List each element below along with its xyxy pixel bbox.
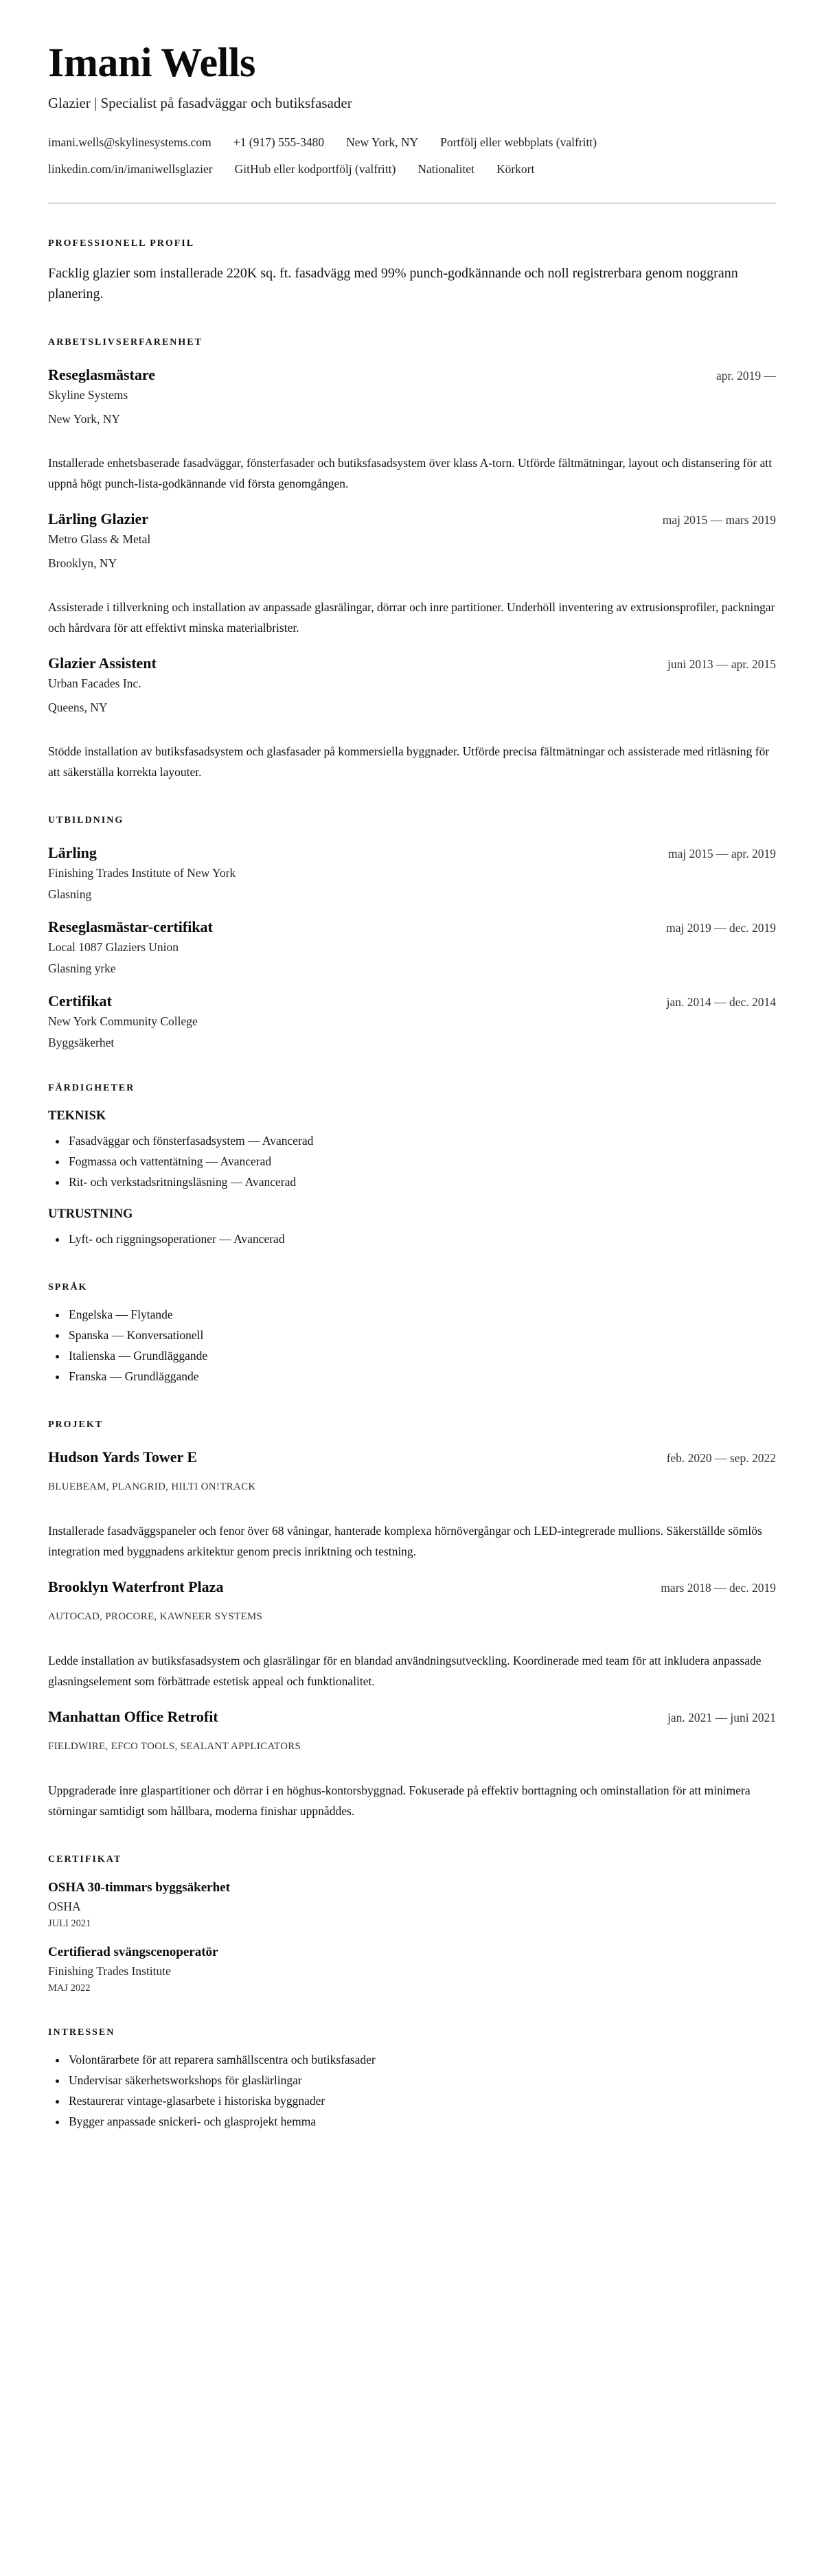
language-item: Engelska — Flytande <box>67 1304 776 1325</box>
contact-linkedin[interactable]: linkedin.com/in/imaniwellsglazier <box>48 162 213 176</box>
job-title: Lärling Glazier <box>48 510 148 528</box>
certificate-entry: OSHA 30-timmars byggsäkerhet OSHA Juli 2… <box>48 1880 776 1930</box>
language-item: Spanska — Konversationell <box>67 1325 776 1345</box>
job-company: Skyline Systems <box>48 388 776 402</box>
interest-item: Bygger anpassade snickeri- och glasproje… <box>67 2111 776 2132</box>
profile-summary: Facklig glazier som installerade 220K sq… <box>48 263 776 304</box>
skill-item: Lyft- och riggningsoperationer — Avancer… <box>67 1229 776 1249</box>
candidate-headline: Glazier | Specialist på fasadväggar och … <box>48 95 776 112</box>
project-entry: Manhattan Office Retrofit jan. 2021 — ju… <box>48 1708 776 1821</box>
contact-phone[interactable]: +1 (917) 555-3480 <box>233 135 324 150</box>
education-entry: Lärling maj 2015 — apr. 2019 Finishing T… <box>48 844 776 902</box>
interest-item: Restaurerar vintage-glasarbete i histori… <box>67 2090 776 2111</box>
section-education: Utbildning Lärling maj 2015 — apr. 2019 … <box>48 815 776 1050</box>
skill-item: Fasadväggar och fönsterfasadsystem — Ava… <box>67 1130 776 1151</box>
project-description: Uppgraderade inre glaspartitioner och dö… <box>48 1780 776 1821</box>
contact-github[interactable]: GitHub eller kodportfölj (valfritt) <box>235 162 396 176</box>
education-dates: jan. 2014 — dec. 2014 <box>667 995 776 1010</box>
skill-group-title: Teknisk <box>48 1109 776 1124</box>
section-title-skills: Färdigheter <box>48 1083 776 1094</box>
resume-page: Imani Wells Glazier | Specialist på fasa… <box>0 0 824 2159</box>
education-dates: maj 2019 — dec. 2019 <box>666 921 776 935</box>
education-dates: maj 2015 — apr. 2019 <box>668 847 776 861</box>
skill-list-technical: Fasadväggar och fönsterfasadsystem — Ava… <box>48 1130 776 1192</box>
section-certificates: Certifikat OSHA 30-timmars byggsäkerhet … <box>48 1854 776 1994</box>
skill-item: Fogmassa och vattentätning — Avancerad <box>67 1151 776 1172</box>
project-entry: Brooklyn Waterfront Plaza mars 2018 — de… <box>48 1578 776 1691</box>
section-title-profile: Professionell profil <box>48 238 776 249</box>
certificate-date: Maj 2022 <box>48 1983 776 1994</box>
project-name: Brooklyn Waterfront Plaza <box>48 1578 223 1596</box>
section-title-certificates: Certifikat <box>48 1854 776 1865</box>
education-degree: Reseglasmästar-certifikat <box>48 918 213 936</box>
section-title-languages: Språk <box>48 1282 776 1293</box>
job-location: Queens, NY <box>48 700 776 715</box>
experience-entry: Reseglasmästare apr. 2019 — Skyline Syst… <box>48 366 776 494</box>
section-projects: Projekt Hudson Yards Tower E feb. 2020 —… <box>48 1420 776 1821</box>
interest-list: Volontärarbete för att reparera samhälls… <box>48 2049 776 2132</box>
skill-item: Rit- och verkstadsritningsläsning — Avan… <box>67 1172 776 1192</box>
project-dates: jan. 2021 — juni 2021 <box>667 1711 776 1725</box>
language-item: Franska — Grundläggande <box>67 1366 776 1387</box>
education-degree: Lärling <box>48 844 97 862</box>
resume-header: Imani Wells Glazier | Specialist på fasa… <box>48 40 776 204</box>
skill-list-equipment: Lyft- och riggningsoperationer — Avancer… <box>48 1229 776 1249</box>
job-company: Metro Glass & Metal <box>48 532 776 547</box>
job-title: Glazier Assistent <box>48 654 157 672</box>
experience-entry: Glazier Assistent juni 2013 — apr. 2015 … <box>48 654 776 782</box>
section-title-projects: Projekt <box>48 1420 776 1431</box>
contact-email[interactable]: imani.wells@skylinesystems.com <box>48 135 211 150</box>
section-title-interests: Intressen <box>48 2027 776 2038</box>
education-field: Byggsäkerhet <box>48 1036 776 1050</box>
project-description: Ledde installation av butiksfasadsystem … <box>48 1650 776 1691</box>
contact-row-secondary: linkedin.com/in/imaniwellsglazier GitHub… <box>48 162 776 176</box>
job-dates: juni 2013 — apr. 2015 <box>667 657 776 672</box>
education-school: Finishing Trades Institute of New York <box>48 866 776 880</box>
language-list: Engelska — Flytande Spanska — Konversati… <box>48 1304 776 1387</box>
certificate-name: OSHA 30-timmars byggsäkerhet <box>48 1880 776 1895</box>
project-description: Installerade fasadväggspaneler och fenor… <box>48 1520 776 1562</box>
education-entry: Certifikat jan. 2014 — dec. 2014 New Yor… <box>48 992 776 1050</box>
section-interests: Intressen Volontärarbete för att reparer… <box>48 2027 776 2132</box>
section-title-education: Utbildning <box>48 815 776 826</box>
job-title: Reseglasmästare <box>48 366 155 384</box>
project-dates: feb. 2020 — sep. 2022 <box>667 1451 776 1466</box>
project-name: Manhattan Office Retrofit <box>48 1708 218 1726</box>
contact-nationality: Nationalitet <box>417 162 474 176</box>
job-description: Installerade enhetsbaserade fasadväggar,… <box>48 453 776 494</box>
certificate-name: Certifierad svängscenoperatör <box>48 1945 776 1960</box>
job-dates: apr. 2019 — <box>716 369 776 383</box>
education-field: Glasning <box>48 887 776 902</box>
project-tech: Fieldwire, EFCO Tools, Sealant Applicato… <box>48 1741 776 1753</box>
job-location: Brooklyn, NY <box>48 556 776 571</box>
certificate-issuer: OSHA <box>48 1900 776 1914</box>
education-degree: Certifikat <box>48 992 112 1010</box>
header-divider <box>48 203 776 204</box>
certificate-date: Juli 2021 <box>48 1918 776 1930</box>
language-item: Italienska — Grundläggande <box>67 1345 776 1366</box>
section-languages: Språk Engelska — Flytande Spanska — Konv… <box>48 1282 776 1387</box>
section-profile: Professionell profil Facklig glazier som… <box>48 238 776 304</box>
education-school: New York Community College <box>48 1014 776 1029</box>
experience-entry: Lärling Glazier maj 2015 — mars 2019 Met… <box>48 510 776 638</box>
contact-drivers-license: Körkort <box>496 162 534 176</box>
skill-group-title: Utrustning <box>48 1207 776 1222</box>
section-skills: Färdigheter Teknisk Fasadväggar och föns… <box>48 1083 776 1249</box>
job-location: New York, NY <box>48 412 776 426</box>
education-entry: Reseglasmästar-certifikat maj 2019 — dec… <box>48 918 776 976</box>
job-company: Urban Facades Inc. <box>48 676 776 691</box>
contact-portfolio[interactable]: Portfölj eller webbplats (valfritt) <box>440 135 597 150</box>
education-field: Glasning yrke <box>48 961 776 976</box>
project-tech: AutoCAD, Procore, Kawneer Systems <box>48 1611 776 1623</box>
job-description: Assisterade i tillverkning och installat… <box>48 597 776 638</box>
contact-location: New York, NY <box>346 135 418 150</box>
certificate-entry: Certifierad svängscenoperatör Finishing … <box>48 1945 776 1994</box>
interest-item: Undervisar säkerhetsworkshops för glaslä… <box>67 2070 776 2090</box>
candidate-name: Imani Wells <box>48 40 776 85</box>
project-tech: Bluebeam, PlanGrid, Hilti ON!Track <box>48 1481 776 1493</box>
job-description: Stödde installation av butiksfasadsystem… <box>48 741 776 782</box>
education-school: Local 1087 Glaziers Union <box>48 940 776 955</box>
certificate-issuer: Finishing Trades Institute <box>48 1964 776 1979</box>
job-dates: maj 2015 — mars 2019 <box>663 513 776 527</box>
interest-item: Volontärarbete för att reparera samhälls… <box>67 2049 776 2070</box>
project-entry: Hudson Yards Tower E feb. 2020 — sep. 20… <box>48 1448 776 1562</box>
section-title-experience: Arbetslivserfarenhet <box>48 337 776 348</box>
project-name: Hudson Yards Tower E <box>48 1448 197 1466</box>
contact-row-primary: imani.wells@skylinesystems.com +1 (917) … <box>48 135 776 150</box>
project-dates: mars 2018 — dec. 2019 <box>661 1581 776 1595</box>
section-experience: Arbetslivserfarenhet Reseglasmästare apr… <box>48 337 776 782</box>
